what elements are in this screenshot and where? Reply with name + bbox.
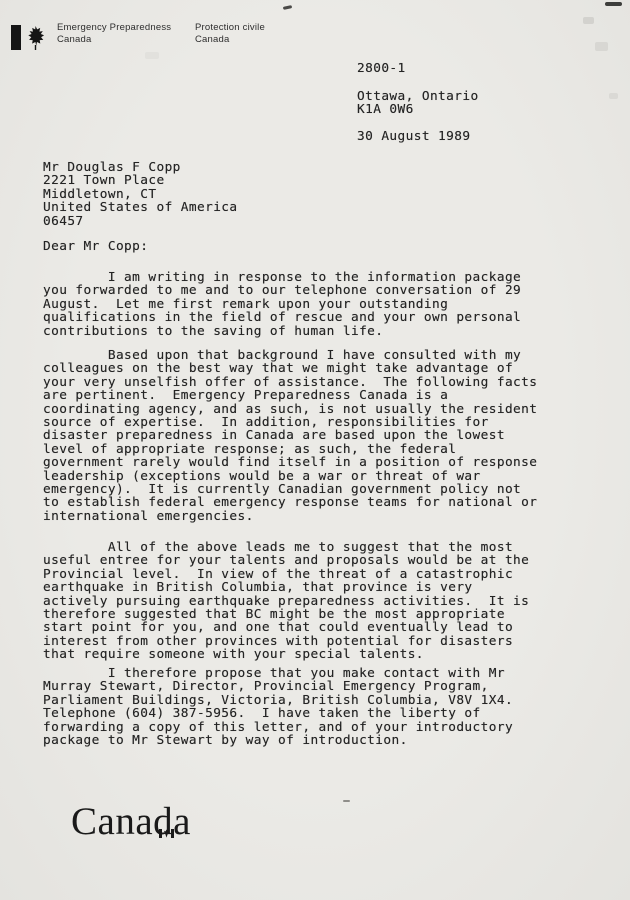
file-number: 2800-1 bbox=[357, 62, 406, 75]
origin-address: Ottawa, Ontario K1A 0W6 bbox=[357, 90, 479, 117]
scan-artifact bbox=[145, 52, 159, 59]
department-name-french: Protection civile Canada bbox=[195, 22, 265, 46]
body-paragraph-1: I am writing in response to the informat… bbox=[43, 271, 521, 338]
scanned-letter-page: Emergency Preparedness Canada Protection… bbox=[0, 0, 630, 900]
recipient-address: Mr Douglas F Copp 2221 Town Place Middle… bbox=[43, 161, 238, 228]
body-paragraph-4: I therefore propose that you make contac… bbox=[43, 667, 513, 747]
canada-flag-icon bbox=[11, 22, 51, 59]
letter-date: 30 August 1989 bbox=[357, 130, 470, 143]
body-paragraph-3: All of the above leads me to suggest tha… bbox=[43, 541, 529, 662]
scan-artifact bbox=[605, 2, 622, 6]
department-name-english: Emergency Preparedness Canada bbox=[57, 22, 171, 46]
scan-artifact bbox=[283, 5, 292, 10]
canada-wordmark: Canada bbox=[71, 802, 191, 842]
salutation: Dear Mr Copp: bbox=[43, 240, 148, 253]
wordmark-flag-icon bbox=[159, 806, 174, 846]
scan-artifact bbox=[583, 17, 594, 24]
scan-artifact bbox=[343, 800, 350, 802]
body-paragraph-2: Based upon that background I have consul… bbox=[43, 349, 537, 523]
scan-artifact bbox=[595, 42, 608, 51]
scan-artifact bbox=[609, 93, 618, 99]
